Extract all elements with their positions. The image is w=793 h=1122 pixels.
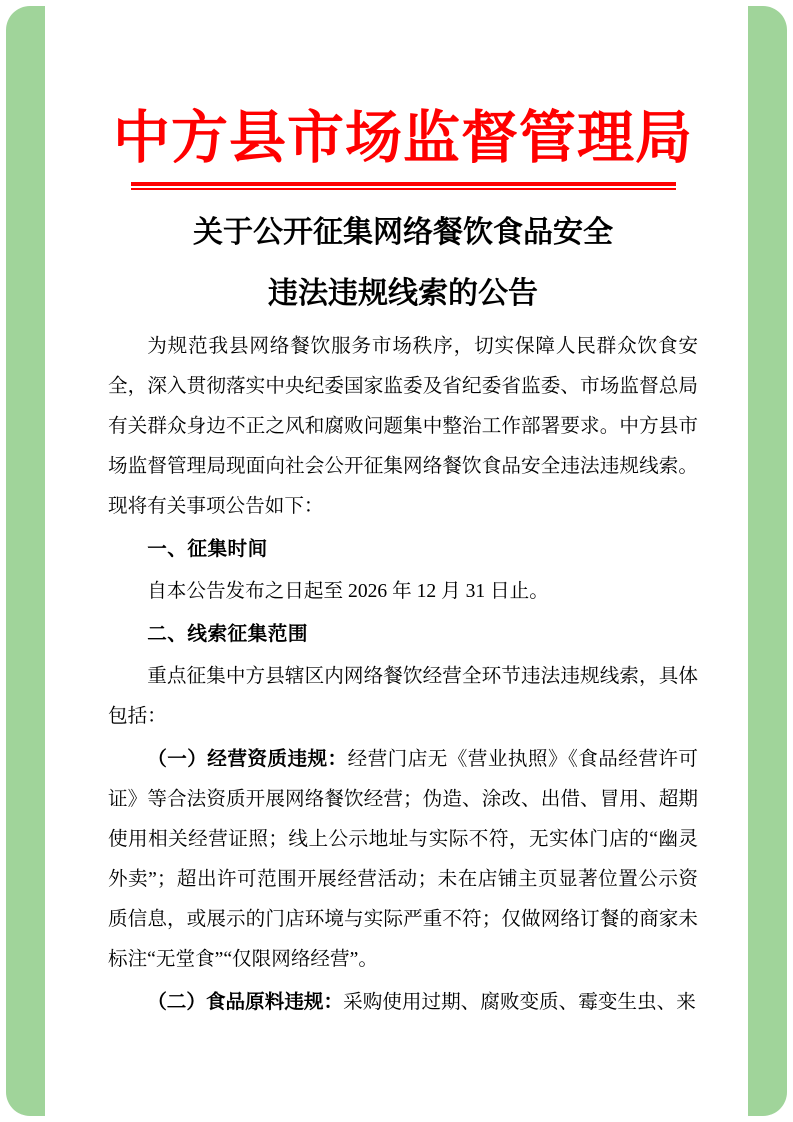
section2-heading: 二、线索征集范围 — [108, 614, 698, 655]
document-title-line1: 关于公开征集网络餐饮食品安全 — [108, 202, 698, 263]
section2-paragraph: 重点征集中方县辖区内网络餐饮经营全环节违法违规线索，具体包括： — [108, 657, 698, 737]
item2-paragraph: （二）食品原料违规：采购使用过期、腐败变质、霉变生虫、来 — [108, 982, 698, 1023]
section1-heading: 一、征集时间 — [108, 529, 698, 570]
item2-label: （二）食品原料违规： — [147, 991, 343, 1013]
text-column: 中方县市场监督管理局 关于公开征集网络餐饮食品安全 违法违规线索的公告 为规范我… — [108, 0, 698, 1025]
item1-text: 经营门店无《营业执照》《食品经营许可证》等合法资质开展网络餐饮经营；伪造、涂改、… — [108, 749, 698, 970]
document-title-line2: 违法违规线索的公告 — [108, 263, 698, 324]
section1-heading-text: 一、征集时间 — [147, 538, 268, 560]
intro-paragraph: 为规范我县网络餐饮服务市场秩序，切实保障人民群众饮食安全，深入贯彻落实中央纪委国… — [108, 327, 698, 527]
document-content-panel: 中方县市场监督管理局 关于公开征集网络餐饮食品安全 违法违规线索的公告 为规范我… — [45, 0, 748, 1122]
notice-document-page: { "page": { "colors": { "red": "#ff0000"… — [0, 0, 793, 1122]
letterhead-double-rule — [131, 182, 676, 190]
section1-paragraph: 自本公告发布之日起至 2026 年 12 月 31 日止。 — [108, 572, 698, 612]
letterhead-org-name: 中方县市场监督管理局 — [108, 98, 698, 180]
item1-paragraph: （一）经营资质违规：经营门店无《营业执照》《食品经营许可证》等合法资质开展网络餐… — [108, 739, 698, 980]
item1-label: （一）经营资质违规： — [147, 748, 347, 770]
document-title: 关于公开征集网络餐饮食品安全 违法违规线索的公告 — [108, 202, 698, 324]
item2-text: 采购使用过期、腐败变质、霉变生虫、来 — [343, 992, 696, 1013]
document-body: 为规范我县网络餐饮服务市场秩序，切实保障人民群众饮食安全，深入贯彻落实中央纪委国… — [108, 327, 698, 1023]
section2-heading-text: 二、线索征集范围 — [147, 623, 308, 645]
